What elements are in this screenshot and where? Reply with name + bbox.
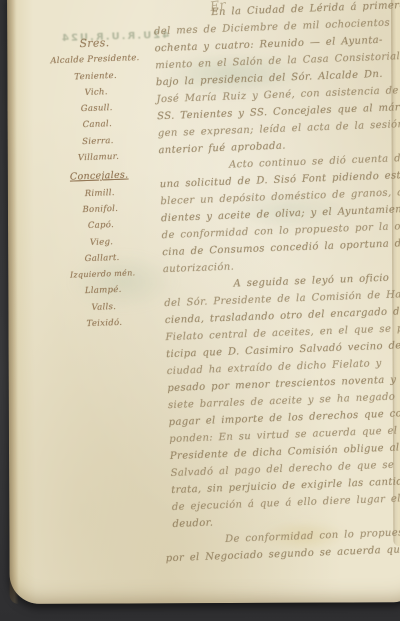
paper-sheet: 42U.R.U.R.U24 Er Sres. Alcalde President… bbox=[7, 0, 400, 604]
torn-left-edge bbox=[7, 0, 19, 604]
margin-councilor: Teixidó. bbox=[41, 313, 168, 334]
manuscript-body: En la Ciudad de Lérida á primero del mes… bbox=[153, 0, 400, 567]
scanned-manuscript-page: 42U.R.U.R.U24 Er Sres. Alcalde President… bbox=[0, 0, 400, 621]
attendees-margin-column: Sres. Alcalde Presidente. Teniente. Vich… bbox=[31, 33, 168, 334]
margin-official: Villamur. bbox=[35, 147, 162, 168]
